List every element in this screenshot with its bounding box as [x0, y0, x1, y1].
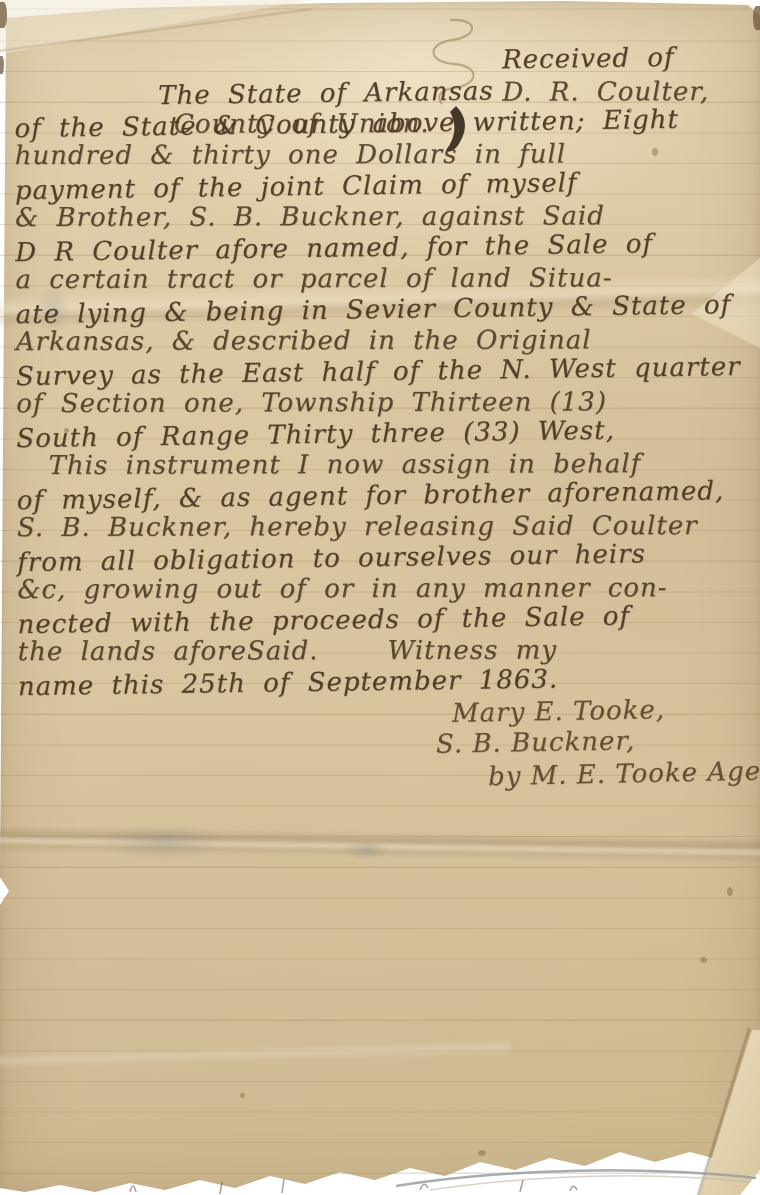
received-of-text: Received of: [502, 43, 675, 76]
handwritten-text: The State of Arkansas Received of County…: [4, 45, 756, 701]
document-scan: The State of Arkansas Received of County…: [0, 0, 760, 1195]
signature-agent: by M. E. Tooke Agent,: [488, 756, 760, 793]
torn-edge-bit: [0, 2, 7, 28]
signature-mary-tooke: Mary E. Tooke,: [452, 695, 666, 729]
signature-sb-buckner: S. B. Buckner,: [436, 726, 636, 759]
